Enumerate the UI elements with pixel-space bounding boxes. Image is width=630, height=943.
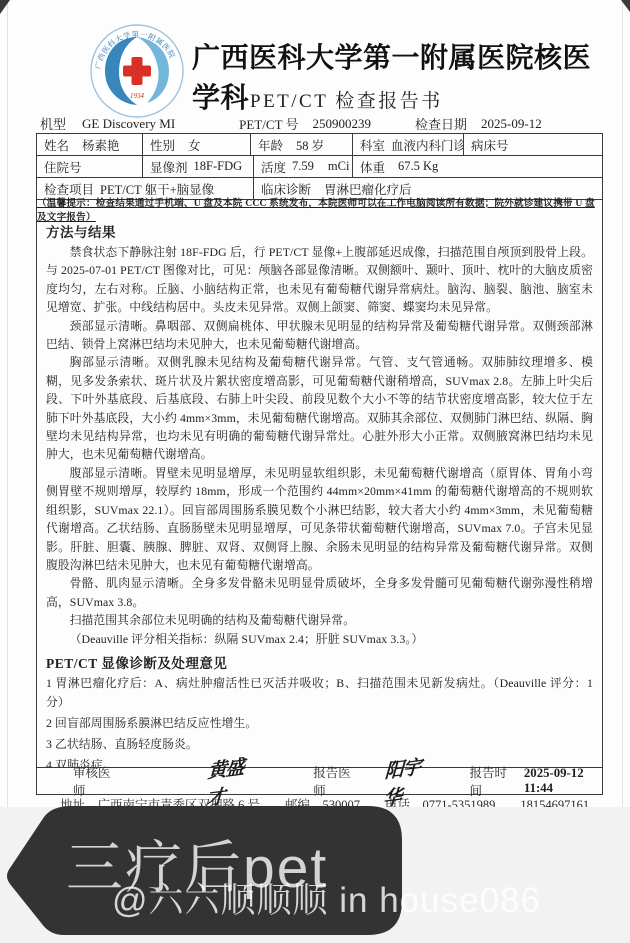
petct-no-value: 250900239 — [313, 116, 372, 132]
logo-year: 1934 — [130, 92, 145, 100]
dept-cell: 科室 血液内科门诊 — [353, 134, 464, 155]
patient-row-1: 姓名 杨素艳 性别 女 年龄 58 岁 科室 血液内科门诊 病床号 — [37, 134, 602, 156]
notice-line: （温馨提示：检查结果通过手机端、U 盘及本院 CCC 系统发布，本院医师可以在工… — [37, 200, 602, 217]
findings-paragraph: 颈部显示清晰。鼻咽部、双侧扁桃体、甲状腺未见明显的结构异常及葡萄糖代谢异常。双侧… — [46, 317, 593, 354]
patient-sex: 女 — [188, 136, 201, 154]
model-label: 机型 — [40, 114, 66, 133]
admission-cell: 住院号 — [37, 156, 143, 177]
tracer-cell: 显像剂 18F-FDG — [143, 156, 254, 177]
findings-paragraph: 禁食状态下静脉注射 18F-FDG 后，行 PET/CT 显像+上腹部延迟成像，… — [46, 243, 593, 317]
petct-no-label: PET/CT 号 — [239, 114, 298, 133]
reporter-label: 报告医师 — [313, 763, 355, 799]
findings-paragraph: 胸部显示清晰。双侧乳腺未见结构及葡萄糖代谢异常。气管、支气管通畅。双肺肺纹理增多… — [46, 353, 593, 463]
hospital-logo-icon: 广西医科大学第一附属医院 1934 — [90, 24, 184, 118]
activity-value: 7.59 — [292, 159, 314, 174]
patient-age: 58 岁 — [296, 136, 324, 154]
activity-cell: 活度 7.59 mCi — [254, 156, 353, 177]
impression-item: 2 回盲部周围肠系膜淋巴结反应性增生。 — [46, 714, 593, 732]
findings-paragraph: 扫描范围其余部位未见明确的结构及葡萄糖代谢异常。 — [46, 611, 593, 629]
impression-item: 3 乙状结肠、直肠轻度肠炎。 — [46, 735, 593, 753]
report-time-label: 报告时间 — [469, 763, 511, 799]
patient-dept: 血液内科门诊 — [391, 136, 464, 154]
findings-paragraph: （Deauville 评分相关指标：纵隔 SUVmax 2.4；肝脏 SUVma… — [46, 630, 593, 648]
activity-unit: mCi — [328, 159, 350, 174]
exam-date-value: 2025-09-12 — [481, 116, 542, 132]
report-document: 广西医科大学第一附属医院 1934 广西医科大学第一附属医院核医学科 PET/C… — [0, 0, 630, 807]
sex-cell: 性别 女 — [143, 134, 251, 155]
findings-paragraph: 腹部显示清晰。胃壁未见明显增厚，未见明显软组织影，未见葡萄糖代谢增高（原胃体、胃… — [46, 464, 593, 574]
report-content: 方法与结果 禁食状态下静脉注射 18F-FDG 后，行 PET/CT 显像+上腹… — [37, 217, 602, 767]
name-cell: 姓名 杨素艳 — [37, 134, 143, 155]
watermark-text: @六六顺顺顺 in house086 — [112, 882, 541, 921]
signature-row: 审核医师 黄盛才 报告医师 阳宇华 报告时间 2025-09-12 11:44 — [37, 767, 602, 794]
report-main-box: 姓名 杨素艳 性别 女 年龄 58 岁 科室 血液内科门诊 病床号 住院号 — [36, 133, 603, 795]
patient-row-2: 住院号 显像剂 18F-FDG 活度 7.59 mCi 体重 67.5 Kg — [37, 156, 602, 178]
findings-heading: 方法与结果 — [46, 221, 593, 241]
patient-name: 杨素艳 — [82, 136, 120, 154]
weight-value: 67.5 Kg — [398, 159, 438, 174]
bed-cell: 病床号 — [464, 134, 602, 155]
corner-artifact-top-left — [0, 0, 10, 14]
reviewer-label: 审核医师 — [73, 763, 115, 799]
tracer-value: 18F-FDG — [194, 159, 243, 174]
impression-item: 1 胃淋巴瘤化疗后：A、病灶肿瘤活性已灭活并吸收；B、扫描范围未见新发病灶。（D… — [46, 674, 593, 711]
age-cell: 年龄 58 岁 — [251, 134, 353, 155]
page-edge-left — [7, 0, 8, 807]
findings-paragraph: 骨骼、肌肉显示清晰。全身多发骨骼未见明显骨质破坏，全身多发骨髓可见葡萄糖代谢弥漫… — [46, 574, 593, 611]
report-time-value: 2025-09-12 11:44 — [524, 766, 602, 796]
machine-row: 机型 GE Discovery MI PET/CT 号 250900239 检查… — [36, 114, 603, 133]
impression-heading: PET/CT 显像诊断及处理意见 — [46, 652, 593, 672]
exam-date-label: 检查日期 — [415, 114, 467, 133]
page-edge-right — [622, 0, 623, 807]
model-value: GE Discovery MI — [82, 116, 175, 132]
report-title: PET/CT 检查报告书 — [250, 86, 443, 113]
weight-cell: 体重 67.5 Kg — [353, 156, 602, 177]
